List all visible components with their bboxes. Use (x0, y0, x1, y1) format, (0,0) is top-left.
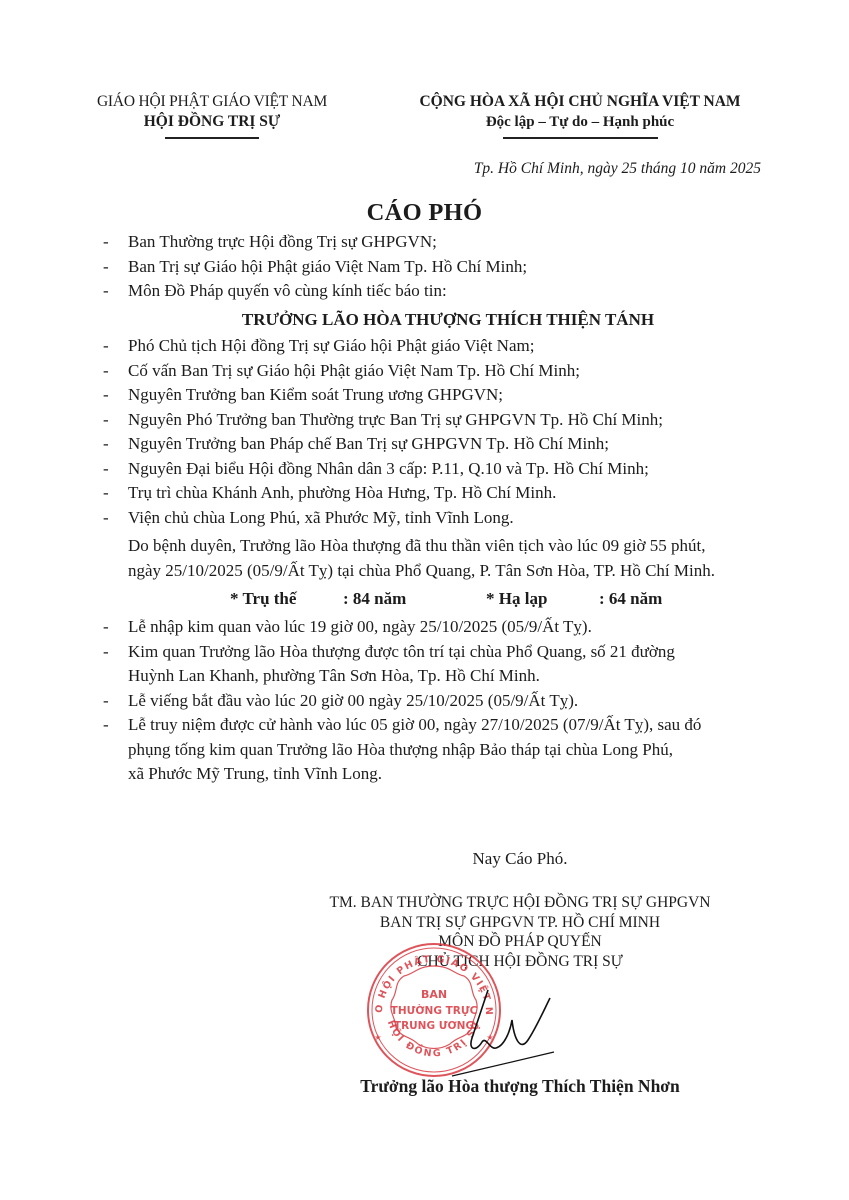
bullet-icon: - (103, 640, 109, 665)
org-council: HỘI ĐỒNG TRỊ SỰ (62, 112, 362, 132)
passing-paragraph: Do bệnh duyên, Trưởng lão Hòa thượng đã … (103, 534, 793, 583)
schedule-item: -Lễ truy niệm được cử hành vào lúc 05 gi… (103, 713, 793, 787)
bullet-icon: - (103, 689, 109, 714)
title-item: -Trụ trì chùa Khánh Anh, phường Hòa Hưng… (103, 481, 793, 506)
bullet-icon: - (103, 334, 109, 359)
org-header: GIÁO HỘI PHẬT GIÁO VIỆT NAM HỘI ĐỒNG TRỊ… (62, 92, 362, 139)
ha-lap-label: * Hạ lạp (486, 587, 547, 612)
bullet-icon: - (103, 230, 109, 255)
title-item: -Viện chủ chùa Long Phú, xã Phước Mỹ, tỉ… (103, 506, 793, 531)
handwritten-signature-icon (450, 980, 580, 1080)
date-line: Tp. Hồ Chí Minh, ngày 25 tháng 10 năm 20… (474, 160, 761, 178)
title-item: -Nguyên Đại biểu Hội đồng Nhân dân 3 cấp… (103, 457, 793, 482)
closing-line: Nay Cáo Phó. (270, 849, 770, 869)
schedule-item: -Lễ viếng bắt đầu vào lúc 20 giờ 00 ngày… (103, 689, 793, 714)
national-header: CỘNG HÒA XÃ HỘI CHỦ NGHĨA VIỆT NAM Độc l… (370, 92, 790, 139)
recipient-item: -Ban Trị sự Giáo hội Phật giáo Việt Nam … (103, 255, 793, 280)
bullet-icon: - (103, 615, 109, 640)
bullet-icon: - (103, 432, 109, 457)
org-underline (165, 137, 259, 139)
seal-line-1: BAN (421, 988, 447, 1001)
bullet-icon: - (103, 408, 109, 433)
schedule-item: -Lễ nhập kim quan vào lúc 19 giờ 00, ngà… (103, 615, 793, 640)
org-name: GIÁO HỘI PHẬT GIÁO VIỆT NAM (62, 92, 362, 112)
tru-the-label: * Trụ thế (230, 587, 296, 612)
recipient-item: -Môn Đồ Pháp quyến vô cùng kính tiếc báo… (103, 279, 793, 304)
bullet-icon: - (103, 481, 109, 506)
signer-name: Trưởng lão Hòa thượng Thích Thiện Nhơn (270, 1076, 770, 1097)
title-item: -Phó Chủ tịch Hội đồng Trị sự Giáo hội P… (103, 334, 793, 359)
signature-block: TM. BAN THƯỜNG TRỰC HỘI ĐỒNG TRỊ SỰ GHPG… (270, 893, 770, 971)
bullet-icon: - (103, 255, 109, 280)
document-title: CÁO PHÓ (0, 199, 849, 227)
age-stats: * Trụ thế : 84 năm * Hạ lạp : 64 năm (103, 587, 793, 615)
bullet-icon: - (103, 506, 109, 531)
bullet-icon: - (103, 713, 109, 738)
title-item: -Nguyên Phó Trưởng ban Thường trực Ban T… (103, 408, 793, 433)
bullet-icon: - (103, 383, 109, 408)
tru-the-value: : 84 năm (343, 587, 406, 612)
title-item: -Nguyên Trưởng ban Kiểm soát Trung ương … (103, 383, 793, 408)
national-title: CỘNG HÒA XÃ HỘI CHỦ NGHĨA VIỆT NAM (370, 92, 790, 112)
recipient-item: -Ban Thường trực Hội đồng Trị sự GHPGVN; (103, 230, 793, 255)
title-item: -Nguyên Trưởng ban Pháp chế Ban Trị sự G… (103, 432, 793, 457)
motto-underline (503, 137, 658, 139)
ha-lap-value: : 64 năm (599, 587, 662, 612)
schedule-item: -Kim quan Trưởng lão Hòa thượng được tôn… (103, 640, 793, 689)
bullet-icon: - (103, 359, 109, 384)
bullet-icon: - (103, 457, 109, 482)
title-item: -Cố vấn Ban Trị sự Giáo hội Phật giáo Vi… (103, 359, 793, 384)
svg-text:★: ★ (374, 1033, 381, 1042)
national-motto: Độc lập – Tự do – Hạnh phúc (370, 112, 790, 132)
deceased-name: TRƯỞNG LÃO HÒA THƯỢNG THÍCH THIỆN TÁNH (103, 308, 793, 333)
bullet-icon: - (103, 279, 109, 304)
document-body: -Ban Thường trực Hội đồng Trị sự GHPGVN;… (103, 230, 793, 787)
